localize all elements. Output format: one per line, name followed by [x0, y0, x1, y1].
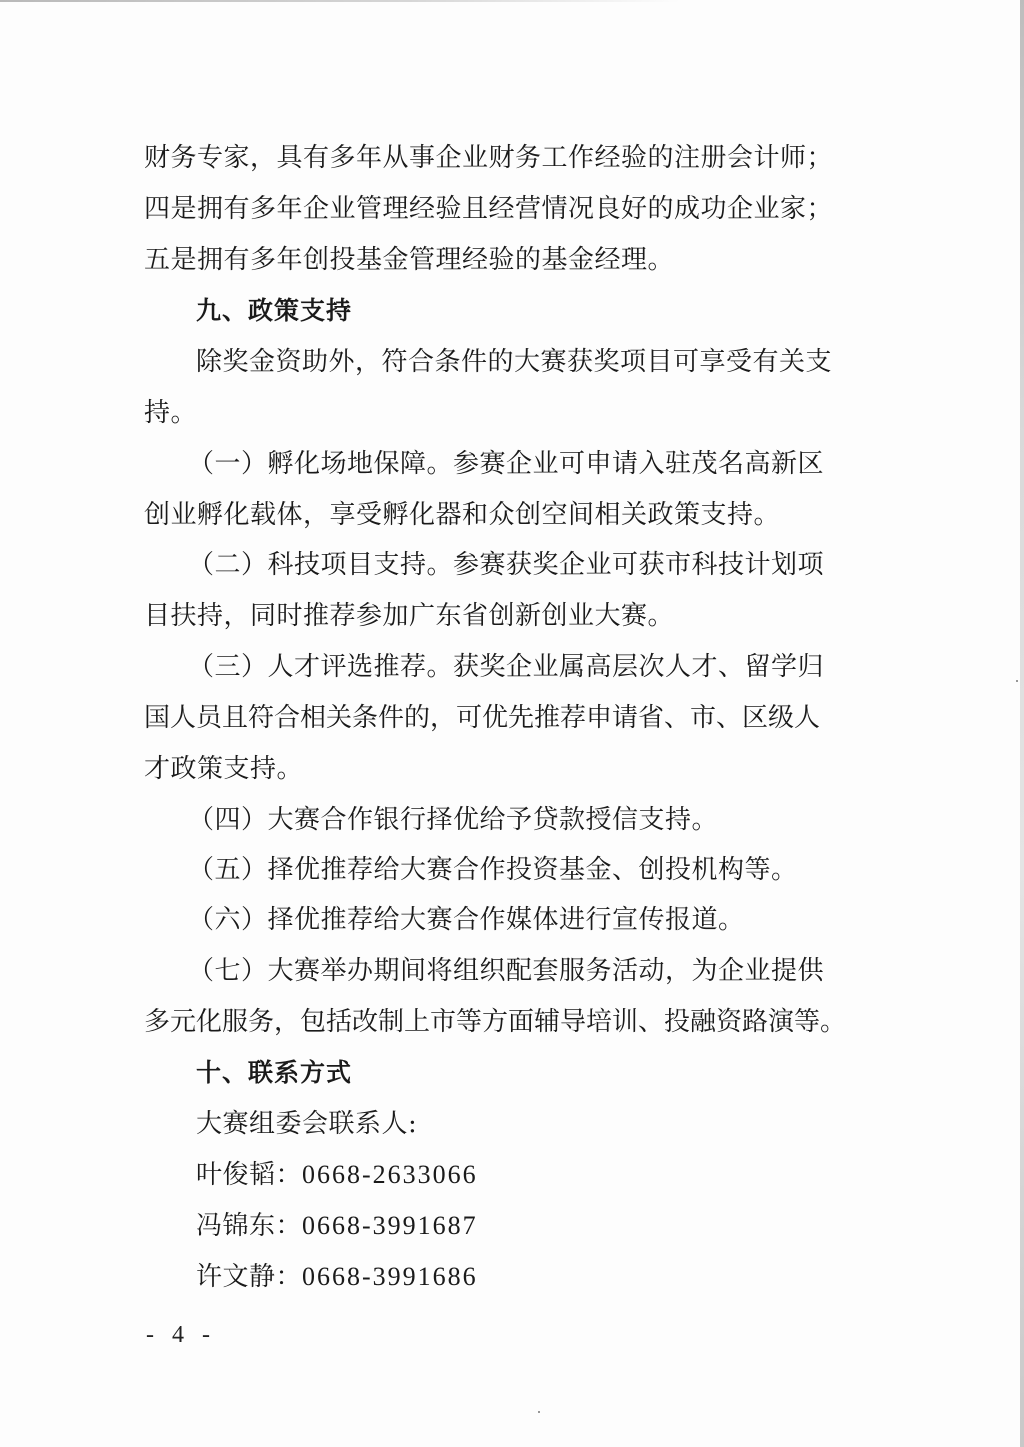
contact-phone: 0668-3991687	[302, 1211, 478, 1240]
contact-row: 许文静：0668-3991686	[196, 1257, 916, 1297]
body-line-continuation-1: 财务专家，具有多年从事企业财务工作经验的注册会计师；	[144, 138, 864, 178]
page-number: - 4 -	[146, 1318, 216, 1352]
contact-phone: 0668-2633066	[302, 1160, 478, 1189]
policy-item-2-line-2: 目扶持，同时推荐参加广东省创新创业大赛。	[144, 596, 864, 636]
body-line-continuation-3: 五是拥有多年创投基金管理经验的基金经理。	[144, 240, 864, 280]
contact-name: 许文静：	[196, 1262, 302, 1292]
policy-item-3-line-2: 国人员且符合相关条件的，可优先推荐申请省、市、区级人	[144, 698, 864, 738]
body-line-continuation-2: 四是拥有多年企业管理经验且经营情况良好的成功企业家；	[144, 189, 864, 229]
policy-item-3-line-1: （三）人才评选推荐。获奖企业属高层次人才、留学归	[188, 647, 908, 687]
contact-label: 大赛组委会联系人:	[196, 1104, 916, 1144]
policy-item-5-line-1: （五）择优推荐给大赛合作投资基金、创投机构等。	[188, 850, 908, 890]
contact-row: 冯锦东：0668-3991687	[196, 1206, 916, 1246]
section9-intro-line-1: 除奖金资助外，符合条件的大赛获奖项目可享受有关支	[196, 342, 916, 382]
contact-row: 叶俊韬：0668-2633066	[196, 1155, 916, 1195]
policy-item-4-line-1: （四）大赛合作银行择优给予贷款授信支持。	[188, 800, 908, 840]
scan-speck	[538, 1411, 540, 1413]
policy-item-7-line-2: 多元化服务，包括改制上市等方面辅导培训、投融资路演等。	[144, 1002, 864, 1042]
contact-name: 叶俊韬：	[196, 1160, 302, 1190]
policy-item-1-line-2: 创业孵化载体，享受孵化器和众创空间相关政策支持。	[144, 495, 864, 535]
scan-speck	[1016, 680, 1018, 682]
contact-name: 冯锦东：	[196, 1211, 302, 1241]
policy-item-2-line-1: （二）科技项目支持。参赛获奖企业可获市科技计划项	[188, 545, 908, 585]
scan-edge-top	[0, 0, 680, 2]
policy-item-7-line-1: （七）大赛举办期间将组织配套服务活动，为企业提供	[188, 951, 908, 991]
contact-phone: 0668-3991686	[302, 1262, 478, 1291]
document-page: 财务专家，具有多年从事企业财务工作经验的注册会计师； 四是拥有多年企业管理经验且…	[0, 0, 1024, 1447]
section9-intro-line-2: 持。	[144, 393, 864, 433]
scan-edge-right	[1020, 0, 1024, 1447]
policy-item-1-line-1: （一）孵化场地保障。参赛企业可申请入驻茂名高新区	[188, 444, 908, 484]
policy-item-3-line-3: 才政策支持。	[144, 749, 864, 789]
section-heading-policy-support: 九、政策支持	[196, 291, 916, 331]
policy-item-6-line-1: （六）择优推荐给大赛合作媒体进行宣传报道。	[188, 900, 908, 940]
section-heading-contact: 十、联系方式	[196, 1053, 916, 1093]
